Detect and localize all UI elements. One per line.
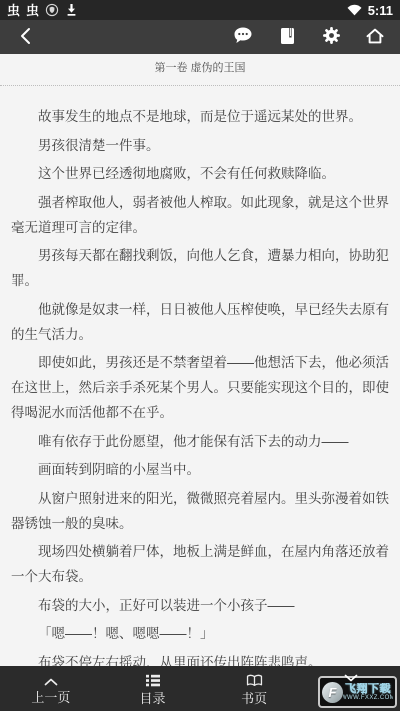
- nav-book-pages-button[interactable]: 书页: [203, 672, 305, 706]
- book-pages-icon: [246, 674, 263, 690]
- nav-toc-button[interactable]: 目录: [102, 672, 204, 706]
- list-icon: [145, 674, 161, 690]
- paragraph: 故事发生的地点不是地球，而是位于遥远某处的世界。: [11, 104, 389, 129]
- paragraph: 「嗯——！嗯、嗯嗯——！」: [11, 621, 389, 646]
- watermark-logo: F: [322, 682, 343, 703]
- nav-toc-label: 目录: [140, 692, 166, 706]
- home-icon: [365, 27, 385, 48]
- bottom-nav-bar: 上一页 目录 书页 F 飞翔下载: [0, 666, 400, 711]
- home-button[interactable]: [362, 24, 388, 50]
- paragraph: 即使如此，男孩还是不禁奢望着——他想活下去，他必须活在这世上，然后亲手杀死某个男…: [11, 350, 389, 425]
- paragraph: 从窗户照射进来的阳光，微微照亮着屋内。里头弥漫着如铁器锈蚀一般的臭味。: [11, 486, 389, 536]
- book-icon: [280, 27, 295, 48]
- reading-area[interactable]: 第一卷 虚伪的王国 故事发生的地点不是地球，而是位于遥远某处的世界。男孩很清楚一…: [0, 54, 400, 666]
- paragraph: 现场四处横躺着尸体，地板上满是鲜血，在屋内角落还放着一个大布袋。: [11, 539, 389, 589]
- gear-icon: [322, 26, 341, 48]
- paragraph: 画面转到阴暗的小屋当中。: [11, 457, 389, 482]
- nav-book-pages-label: 书页: [241, 692, 267, 706]
- download-icon: [65, 3, 78, 17]
- bookmark-book-button[interactable]: [274, 24, 300, 50]
- shield-badge-icon: [45, 3, 59, 17]
- back-button[interactable]: [12, 24, 38, 50]
- paragraph: 强者榨取他人，弱者被他人榨取。如此现象，就是这个世界毫无道理可言的定律。: [11, 190, 389, 240]
- paragraph: 唯有依存于此份愿望，他才能保有活下去的动力——: [11, 429, 389, 454]
- bug-app-notification-icon: 虫: [26, 4, 39, 17]
- paragraph: 布袋不停左右摇动，从里面还传出阵阵悲鸣声。: [11, 650, 389, 667]
- watermark-url-text: WWW.FXXZ.COM: [343, 695, 393, 702]
- comments-button[interactable]: [230, 24, 256, 50]
- bug-app-notification-icon: 虫: [7, 4, 20, 17]
- reading-content: 故事发生的地点不是地球，而是位于遥远某处的世界。男孩很清楚一件事。这个世界已经透…: [0, 86, 400, 666]
- chapter-title: 第一卷 虚伪的王国: [0, 54, 400, 74]
- reader-app-screen: 虫 虫 5:11: [0, 0, 400, 711]
- paragraph: 布袋的大小，正好可以装进一个小孩子——: [11, 593, 389, 618]
- nav-prev-page-label: 上一页: [31, 691, 70, 705]
- wifi-icon: [347, 4, 362, 16]
- paragraph: 男孩很清楚一件事。: [11, 133, 389, 158]
- paragraph: 这个世界已经透彻地腐败，不会有任何救赎降临。: [11, 161, 389, 186]
- paragraph: 他就像是奴隶一样，日日被他人压榨使唤，早已经失去原有的生气活力。: [11, 297, 389, 347]
- nav-prev-page-button[interactable]: 上一页: [0, 672, 102, 706]
- notification-icons: 虫 虫: [7, 3, 78, 17]
- back-chevron-icon: [20, 27, 31, 48]
- comments-bubble-icon: [233, 26, 253, 48]
- collapse-menu-button[interactable]: [344, 670, 358, 685]
- paragraph: 男孩每天都在翻找剩饭，向他人乞食，遭暴力相向，协助犯罪。: [11, 243, 389, 293]
- clock-time: 5:11: [368, 3, 393, 18]
- chevron-down-icon: [344, 670, 358, 685]
- reader-toolbar: [0, 20, 400, 54]
- status-bar: 虫 虫 5:11: [0, 0, 400, 20]
- settings-button[interactable]: [318, 24, 344, 50]
- chevron-up-icon: [44, 674, 58, 689]
